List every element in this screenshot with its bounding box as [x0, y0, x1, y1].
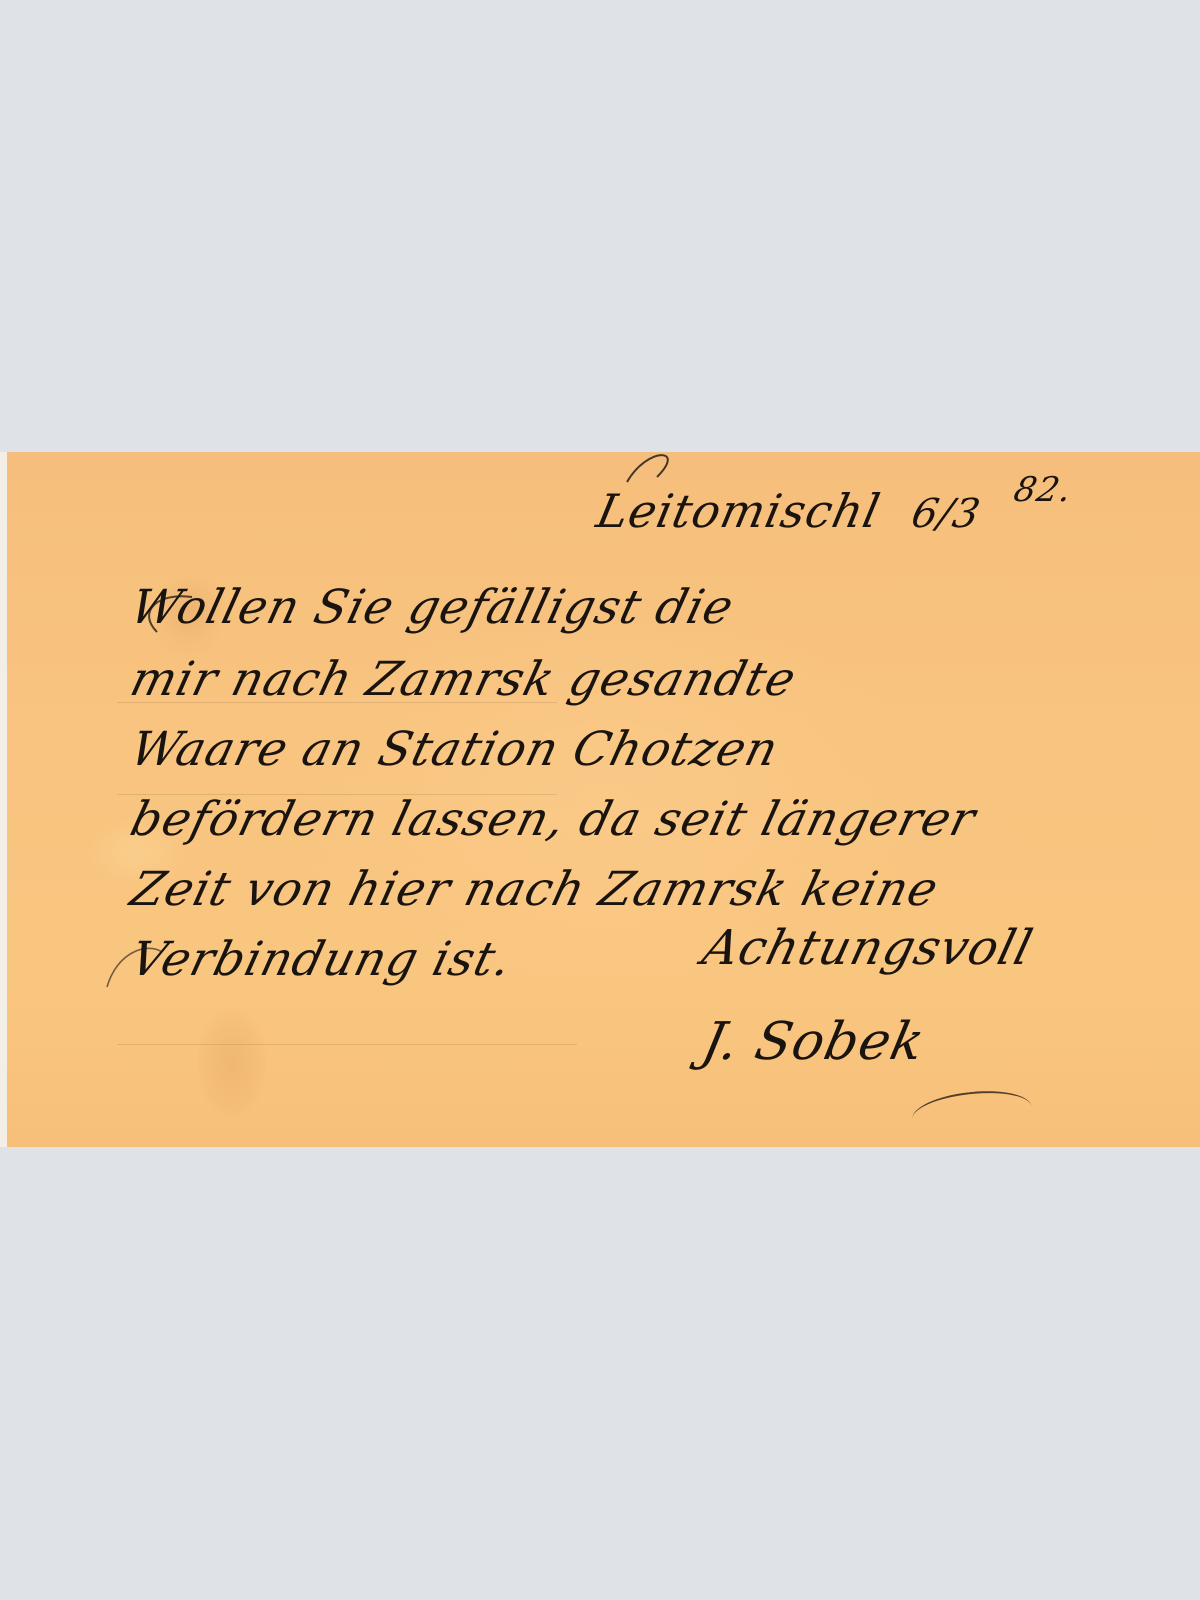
- closing-salutation: Achtungsvoll: [697, 920, 1039, 976]
- body-line-6: Verbindung ist.: [125, 932, 518, 987]
- place-name: Leitomischl: [592, 484, 885, 538]
- signature-flourish: [910, 1086, 1034, 1140]
- body-line-1: Wollen Sie gefälligst die: [125, 580, 740, 635]
- body-line-5: Zeit von hier nach Zamrsk keine: [125, 862, 944, 917]
- body-line-4: befördern lassen, da seit längerer: [125, 792, 981, 847]
- date-year: 82.: [1010, 470, 1076, 510]
- body-line-2: mir nach Zamrsk gesandte: [125, 652, 802, 707]
- faint-printed-line: [117, 1044, 577, 1045]
- date-day-month: 6/3: [908, 491, 985, 537]
- body-line-3: Waare an Station Chotzen: [125, 722, 784, 777]
- signature: J. Sobek: [697, 1012, 930, 1072]
- water-stain: [197, 1007, 267, 1117]
- postcard: Leitomischl 6/3 82. Wollen Sie gefälligs…: [0, 452, 1200, 1147]
- place-date-header: Leitomischl 6/3 82.: [592, 470, 1076, 538]
